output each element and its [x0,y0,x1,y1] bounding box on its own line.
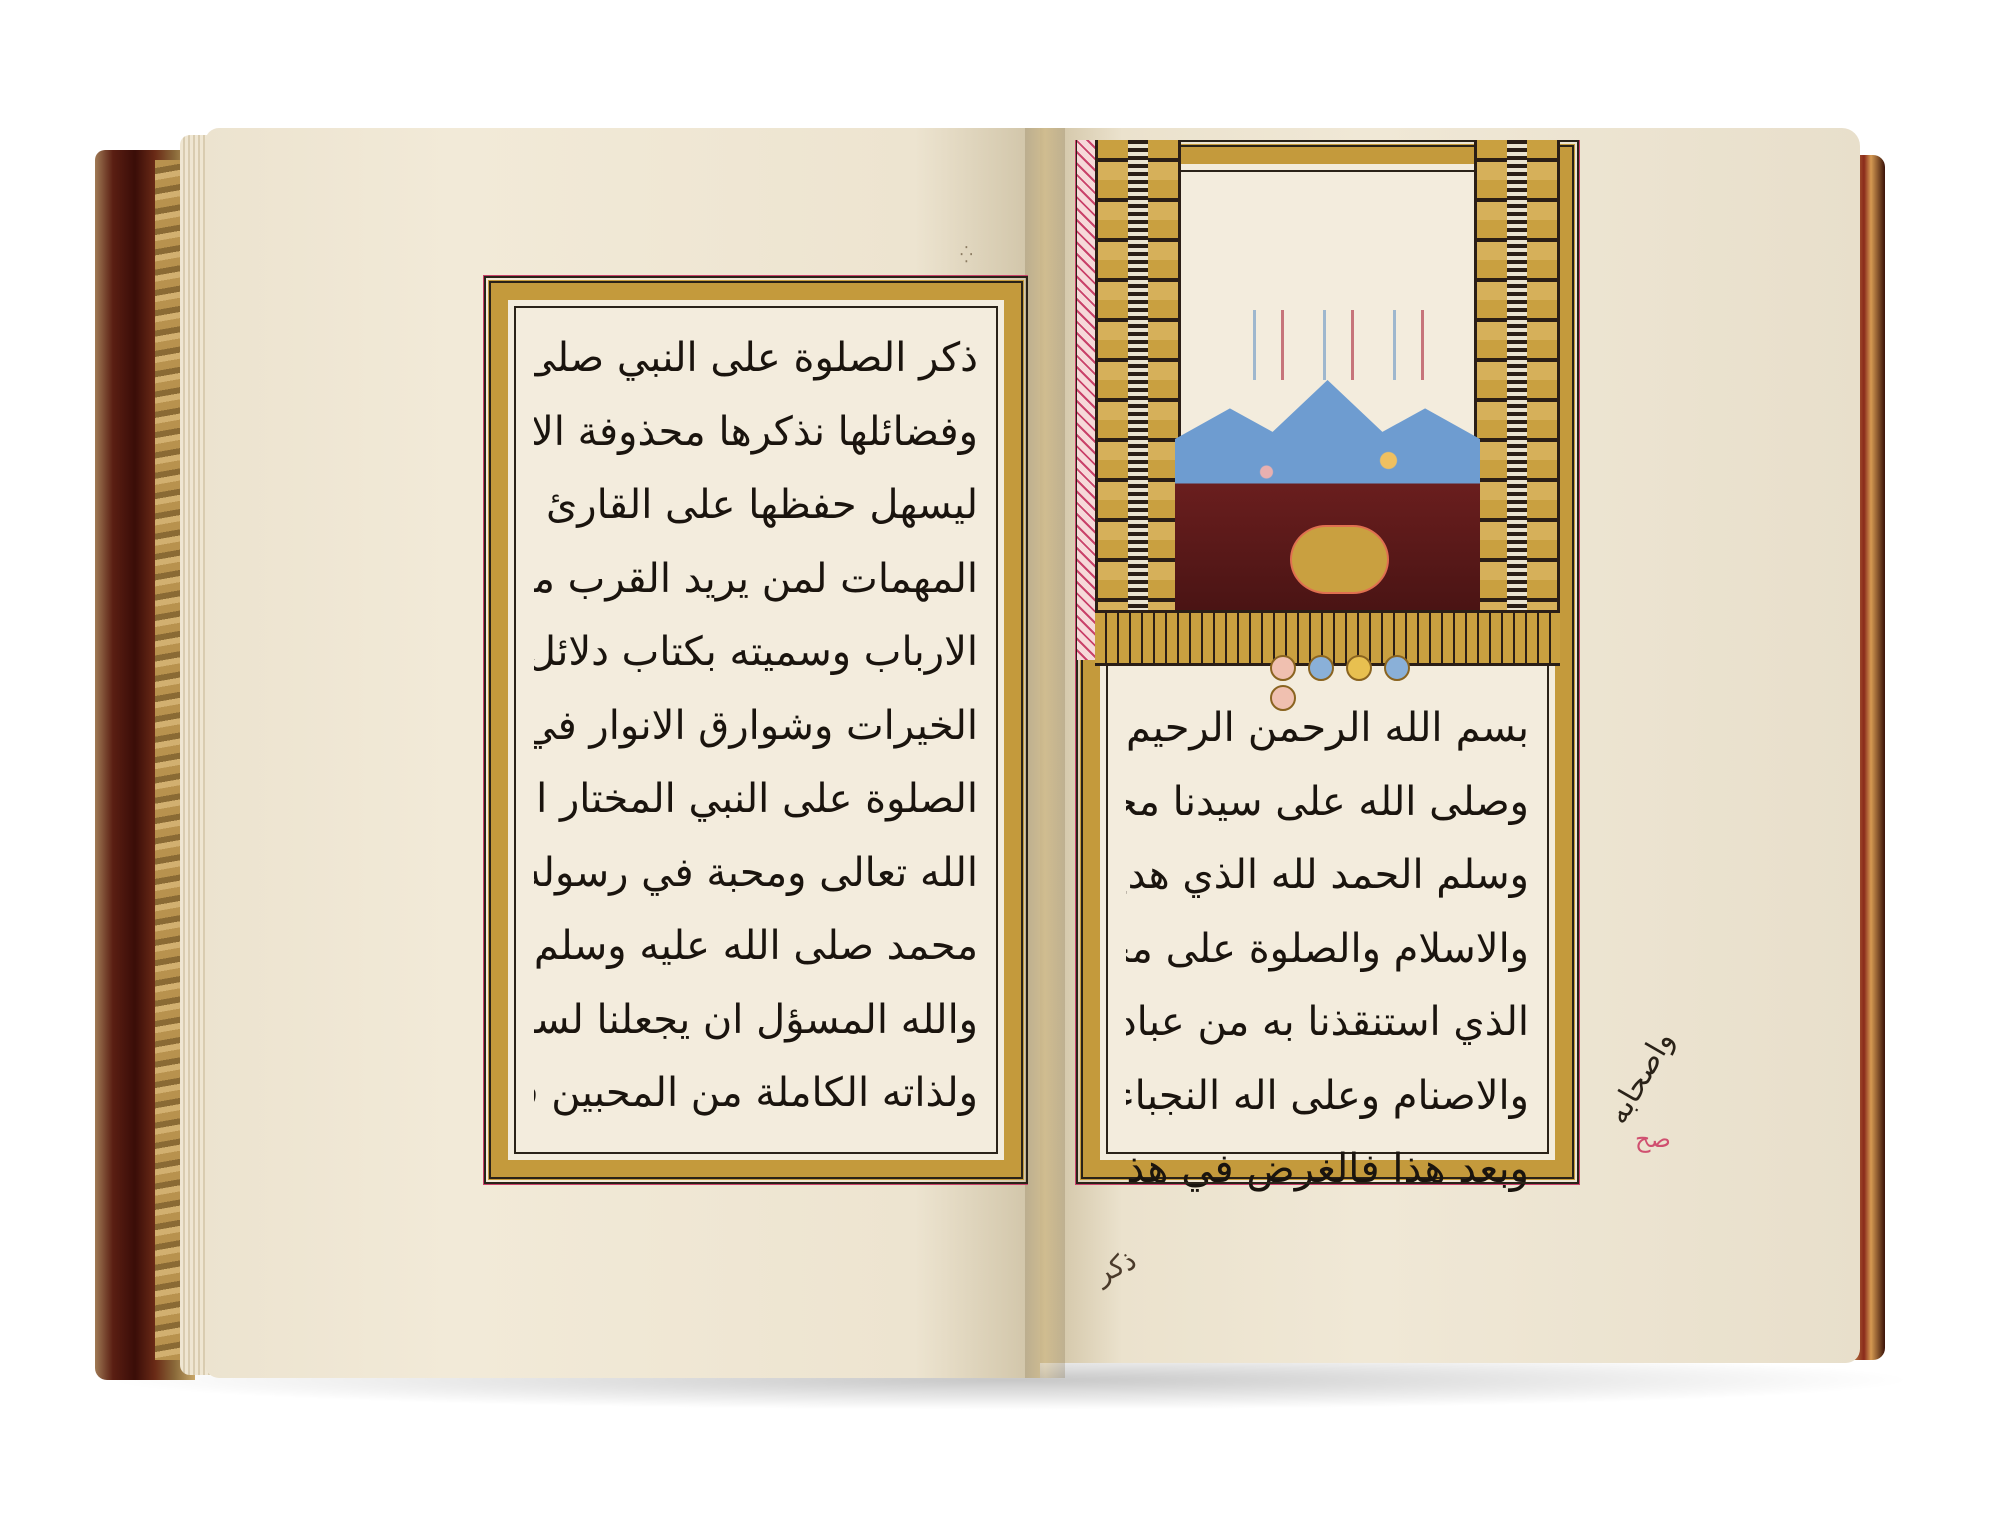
text-line: والله المسؤل ان يجعلنا لسنته من التابعين [534,984,978,1058]
ornamental-pillar-right [1474,140,1560,660]
text-line: ذكر الصلوة على النبي صلى الله تعالى عليه… [534,322,978,396]
text-line: وبعد هذا فالغرض في هذا الكتاب [1126,1133,1529,1207]
text-line: الصلوة على النبي المختار ابتغاء لمرضات [534,763,978,837]
text-line: الله تعالى ومحبة في رسوله الكريم [534,837,978,911]
pendant-bead-icon [1270,655,1296,681]
text-line: الارباب وسميته بكتاب دلائل [534,616,978,690]
pendant-bead-icon [1308,655,1334,681]
ornamental-pillar-left [1095,140,1181,660]
text-line: المهمات لمن يريد القرب من رب [534,543,978,617]
text-line: ولذاته الكاملة من المحبين فانه على ذلك [534,1057,978,1131]
floral-finials [1225,310,1435,380]
pendant-bead-icon [1346,655,1372,681]
text-line: الخيرات وشوارق الانوار في ذكر [534,690,978,764]
gutter-gold-spill [1025,128,1065,1378]
zigzag-border [1077,140,1095,660]
text-line: وصلى الله على سيدنا محمد وعلى اله وصحبه [1126,766,1529,840]
basmala-pendant-ornament [1270,655,1440,715]
folio-mark: ⁛ [960,245,973,264]
gold-cartouche-center [1290,525,1389,594]
text-line: والاصنام وعلى اله النجباء البررة الكرام [1126,1060,1529,1134]
text-line: وسلم الحمد لله الذي هدينا للايمان [1126,839,1529,913]
illuminated-headpiece [1095,140,1560,660]
marginal-correction-mark: صح [1635,1125,1671,1153]
text-line: الذي استنقذنا به من عبادة الاوثان [1126,986,1529,1060]
pendant-bead-icon [1270,685,1296,711]
text-line: والاسلام والصلوة على محمد نبيه [1126,913,1529,987]
gold-rule-border: ذكر الصلوة على النبي صلى الله تعالى عليه… [488,280,1024,1180]
gilt-border [155,160,180,1360]
text-line: محمد صلى الله عليه وسلم تسليما [534,910,978,984]
pendant-bead-icon [1384,655,1410,681]
left-text-frame: ذكر الصلوة على النبي صلى الله تعالى عليه… [483,275,1028,1185]
text-line: ليسهل حفظها على القارئ وهي من اهم [534,469,978,543]
left-text-block: ذكر الصلوة على النبي صلى الله تعالى عليه… [514,306,998,1154]
text-line: وفضائلها نذكرها محذوفة الاسانيد [534,396,978,470]
